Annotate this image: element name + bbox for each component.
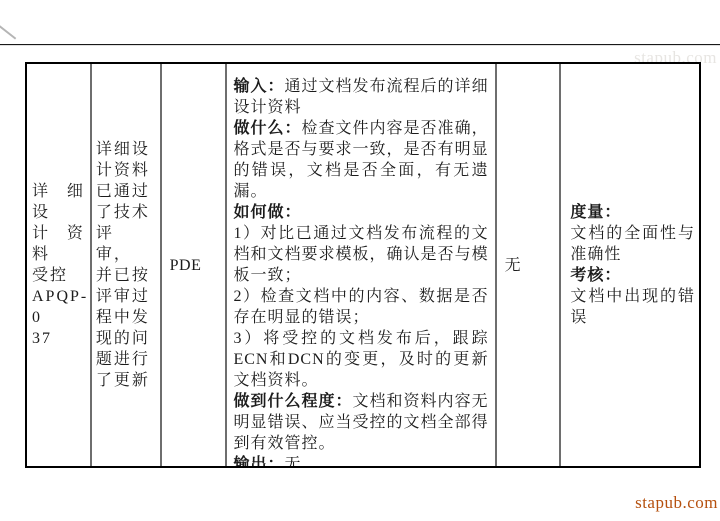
paragraph: 做到什么程度：文档和资料内容无明显错误、应当受控的文档全部得到有效管控。 — [233, 391, 488, 454]
cell-deliverable: 详细设 计资料 受控 APQP-0 37 — [27, 64, 92, 466]
paragraph: 输入：通过文档发布流程后的详细设计资料 — [233, 76, 488, 118]
paragraph: 考核：文档中出现的错误 — [570, 265, 695, 328]
role-text: PDE — [170, 255, 226, 276]
tools-text: 无 — [505, 255, 560, 276]
paragraph: 1）对比已通过文档发布流程的文档和文档要求模板，确认是否与模板一致； — [233, 223, 488, 286]
watermark-bottom: stapub.com — [635, 493, 718, 513]
paragraph: 3）将受控的文档发布后，跟踪ECN和DCN的变更，及时的更新文档资料。 — [233, 328, 488, 391]
process-table: 详细设 计资料 受控 APQP-0 37 详细设 计资料 已通过 了技术 评 审… — [25, 62, 701, 468]
paragraph: 2）检查文档中的内容、数据是否存在明显的错误； — [233, 286, 488, 328]
cell-role: PDE — [162, 64, 228, 466]
deliverable-text: 详细设 计资料 受控 APQP-0 37 — [32, 181, 85, 349]
cell-entry-criteria: 详细设 计资料 已通过 了技术 评 审， 并已按 评审过 程中发 现的问 题进行… — [92, 64, 162, 466]
paragraph: 如何做： — [233, 202, 488, 223]
cell-activity-description: 输入：通过文档发布流程后的详细设计资料做什么：检查文件内容是否准确，格式是否与要… — [227, 64, 496, 466]
pen-mark — [0, 24, 16, 39]
paragraph: 度量：文档的全面性与准确性 — [570, 202, 695, 265]
criteria-text: 详细设 计资料 已通过 了技术 评 审， 并已按 评审过 程中发 现的问 题进行… — [96, 139, 156, 391]
document-page: stapub.com 详细设 计资料 受控 APQP-0 37 详细设 计资料 … — [0, 0, 720, 521]
paragraph: 输出：无 — [233, 454, 488, 466]
paragraph: 做什么：检查文件内容是否准确，格式是否与要求一致，是否有明显的错误，文档是否全面… — [233, 118, 488, 202]
cell-measurement: 度量：文档的全面性与准确性考核：文档中出现的错误 — [561, 64, 699, 466]
cell-tools: 无 — [497, 64, 562, 466]
header-rule — [0, 44, 720, 46]
